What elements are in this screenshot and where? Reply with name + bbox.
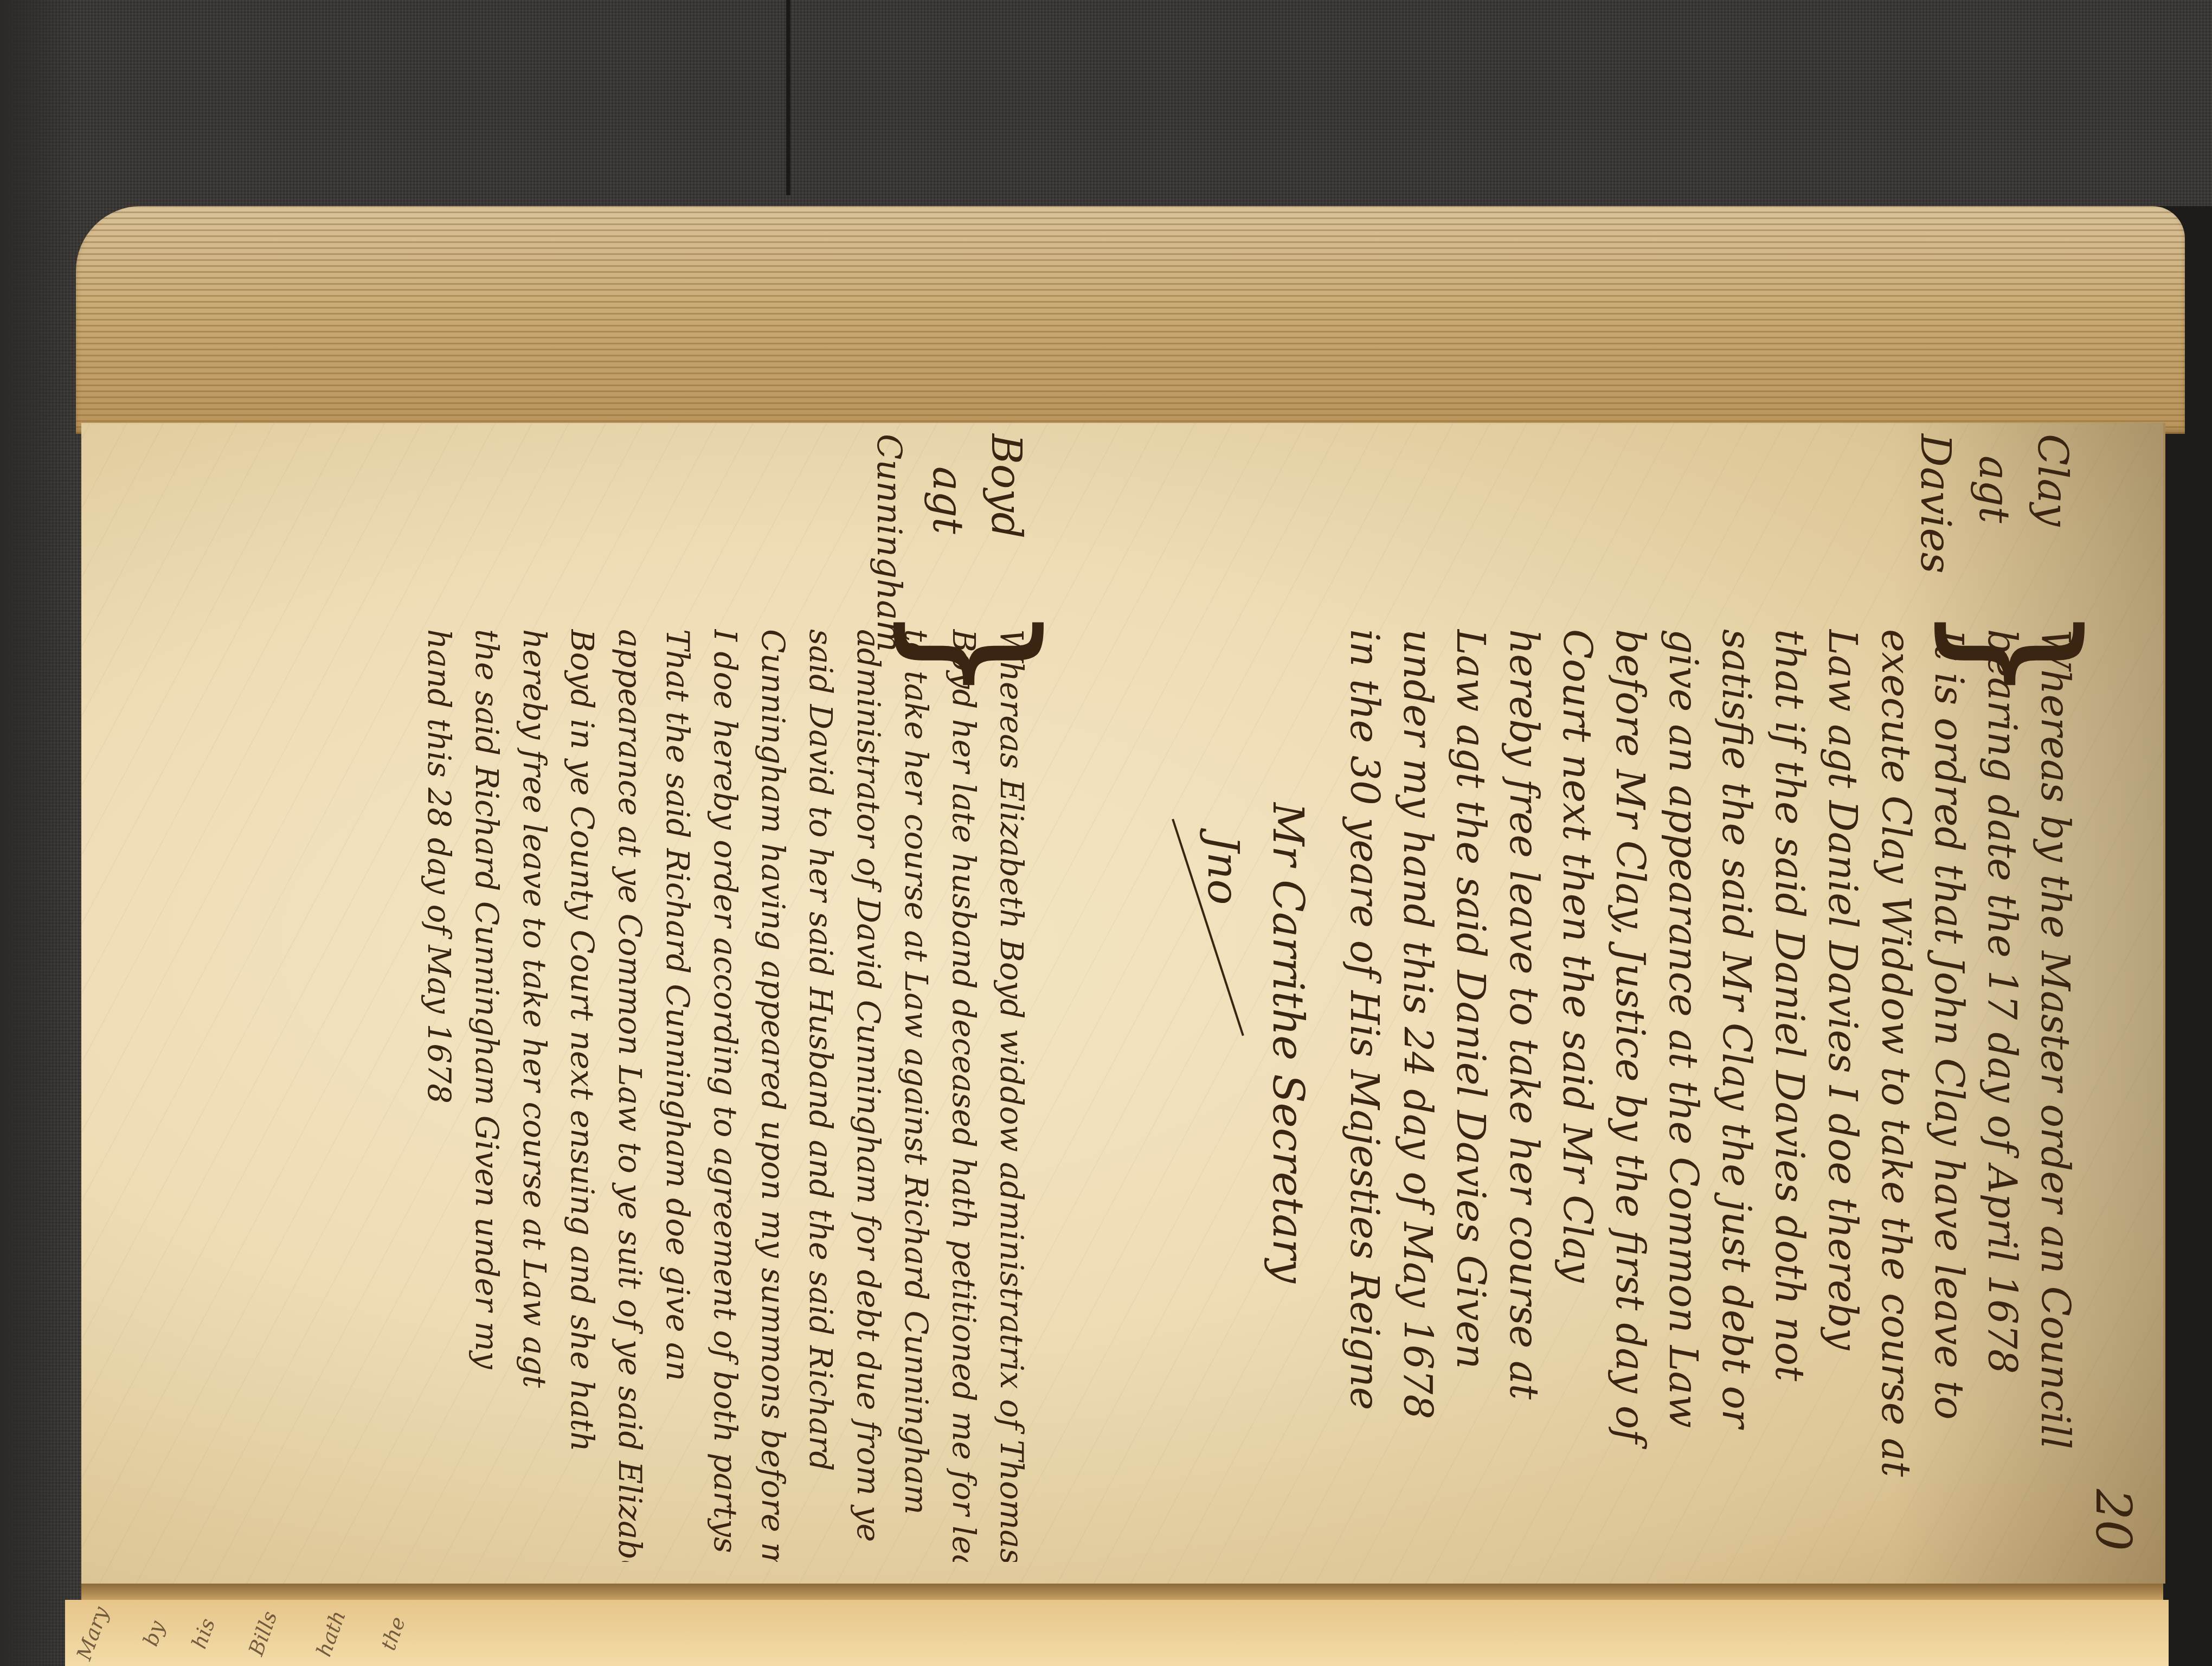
facing-fragment: the bbox=[376, 1613, 410, 1654]
text-line: Whereas by the Master order an Councill bbox=[2029, 629, 2082, 1562]
book-gutter bbox=[81, 1584, 2163, 1600]
margin-notes: Clay agt Davies bbox=[1906, 434, 2082, 613]
signature-initials: Jno bbox=[1198, 835, 1247, 905]
page-writing-rotated: 20 Clay agt Davies } Whereas by the Mast… bbox=[81, 423, 2163, 1584]
text-line: Boyd her late husband deceased hath peti… bbox=[940, 629, 988, 1562]
writing-area: 20 Clay agt Davies } Whereas by the Mast… bbox=[81, 423, 2163, 1584]
entry-text: Whereas by the Master order an Councill … bbox=[1338, 629, 2082, 1562]
facing-page-text: Mary by his Bills hath the bbox=[65, 1600, 2169, 1666]
margin-note: agt bbox=[918, 434, 977, 613]
text-line: Law agt Daniel Davies I doe thereby bbox=[1816, 629, 1869, 1562]
text-line: Boyd in ye County Court next ensuing and… bbox=[558, 629, 606, 1562]
text-line: before Mr Clay, Justice by the first day… bbox=[1604, 629, 1657, 1562]
text-line: That the said Richard Cunningham doe giv… bbox=[654, 629, 702, 1562]
text-line: Cunningham having appeared upon my summo… bbox=[749, 629, 797, 1562]
text-line: administrator of David Cunningham for de… bbox=[845, 629, 892, 1562]
margin-notes: Boyd agt Cunningham bbox=[860, 434, 1036, 613]
facing-page: Mary by his Bills hath the bbox=[65, 1600, 2169, 1666]
text-line: appearance at ye Common Law to ye suit o… bbox=[606, 629, 654, 1562]
facing-fragment: Bills bbox=[244, 1608, 282, 1659]
background-cloth-shadow bbox=[0, 0, 76, 1666]
text-line: It is ordred that John Clay have leave t… bbox=[1922, 629, 1976, 1562]
margin-note: Clay bbox=[2023, 434, 2082, 613]
text-line: hereby free leave to take her course at bbox=[1497, 629, 1551, 1562]
margin-note: Davies bbox=[1906, 434, 1965, 613]
margin-note: agt bbox=[1965, 434, 2023, 613]
text-line: Law agt the said Daniel Davies Given bbox=[1444, 629, 1497, 1562]
facing-fragment: his bbox=[187, 1615, 220, 1652]
margin-note: Boyd bbox=[977, 434, 1036, 613]
text-line: Court next then the said Mr Clay bbox=[1551, 629, 1604, 1562]
background-cloth-fold bbox=[786, 0, 790, 195]
text-line: bearing date the 17 day of April 1678 bbox=[1976, 629, 2029, 1562]
page-number: 20 bbox=[2085, 1489, 2142, 1551]
text-line: give an appearance at the Common Law bbox=[1657, 629, 1710, 1562]
text-line: that if the said Daniel Davies doth not bbox=[1763, 629, 1816, 1562]
facing-fragment: hath bbox=[312, 1607, 350, 1660]
text-line: hand this 28 day of May 1678 bbox=[415, 629, 463, 1562]
facing-fragment: Mary bbox=[72, 1604, 113, 1663]
text-line: I doe hereby order according to agreemen… bbox=[702, 629, 749, 1562]
facing-fragment: by bbox=[139, 1618, 170, 1649]
text-line: Whereas Elizabeth Boyd widdow administra… bbox=[988, 629, 1036, 1562]
text-line: execute Clay Widdow to take the course a… bbox=[1869, 629, 1922, 1562]
text-line: said David to her said Husband and the s… bbox=[797, 629, 845, 1562]
text-line: the said Richard Cunningham Given under … bbox=[463, 629, 511, 1562]
book-page-edge bbox=[76, 206, 2185, 434]
entry-text: Whereas Elizabeth Boyd widdow administra… bbox=[415, 629, 1036, 1562]
margin-note: Cunningham bbox=[860, 434, 918, 613]
text-line: satisfie the said Mr Clay the just debt … bbox=[1710, 629, 1763, 1562]
text-line: hereby free leave to take her course at … bbox=[511, 629, 558, 1562]
text-line: in the 30 yeare of His Majesties Reigne bbox=[1338, 629, 1391, 1562]
text-line: under my hand this 24 day of May 1678 bbox=[1391, 629, 1444, 1562]
signature: Mr Carrithe Secretary bbox=[1263, 803, 1312, 1283]
text-line: to take her course at Law against Richar… bbox=[892, 629, 940, 1562]
